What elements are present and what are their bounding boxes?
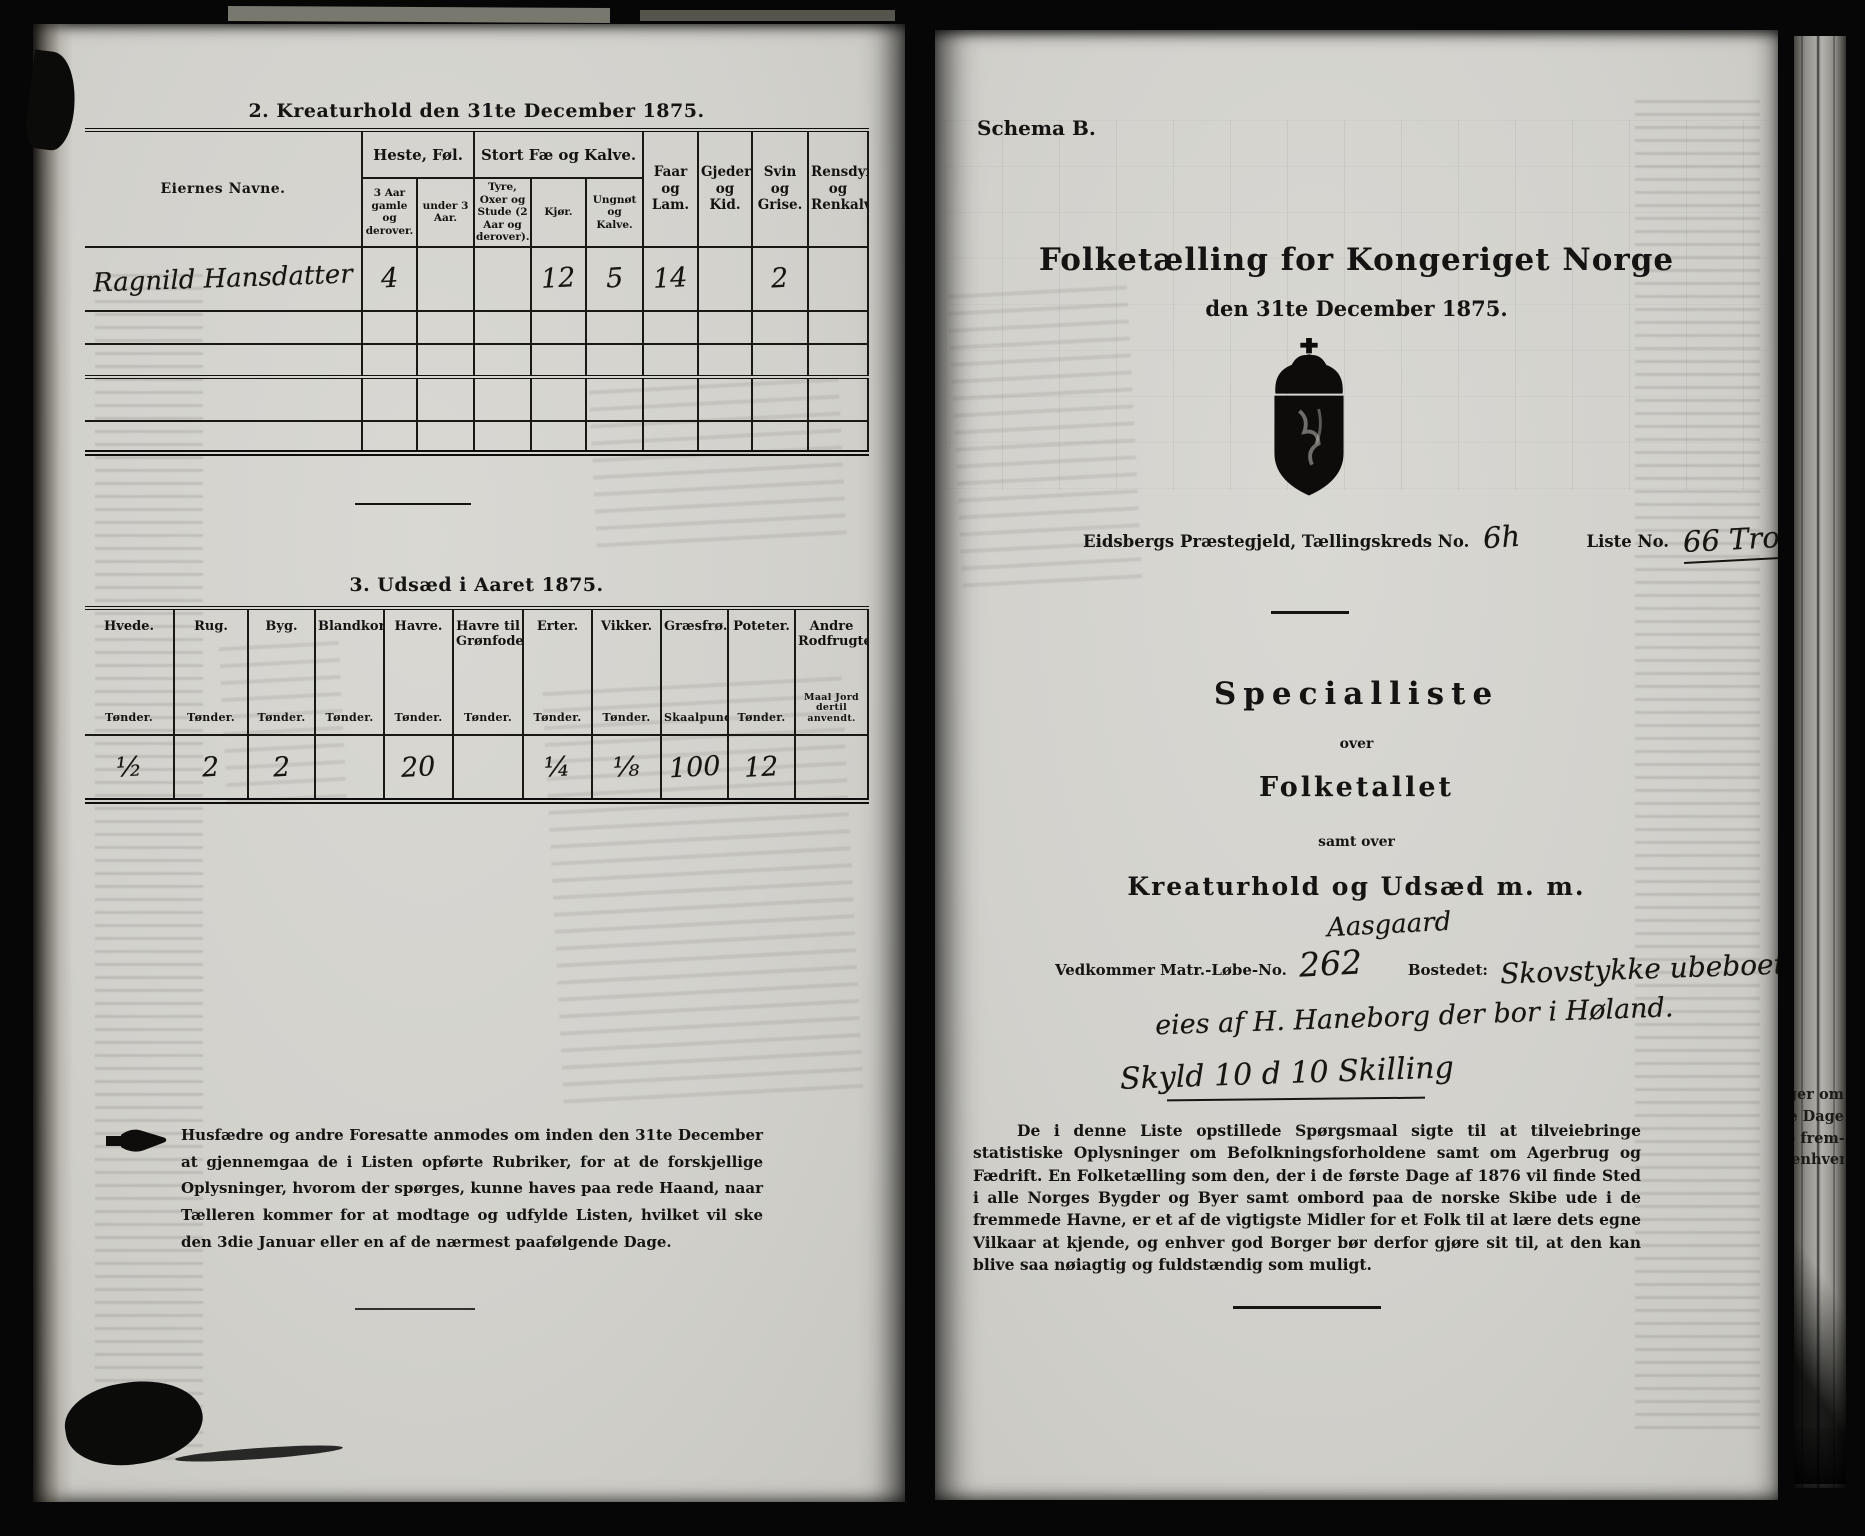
separator-rule bbox=[355, 503, 471, 505]
column-header-byg: Byg.Tønder. bbox=[248, 610, 315, 735]
sub-header-3aar: 3 Aar gamle og derover. bbox=[362, 178, 417, 247]
table-row: ½ 2 2 20 ¼ ⅛ 100 12 bbox=[85, 735, 868, 798]
column-header-havre: Havre.Tønder. bbox=[384, 610, 453, 735]
column-header-rensdyr: Rensdyr og Renkalve. bbox=[808, 132, 868, 247]
column-header-svin-grise: Svin og Grise. bbox=[752, 132, 808, 247]
right-page: Schema B. Folketælling for Kongeriget No… bbox=[935, 30, 1778, 1500]
column-header-poteter: Poteter.Tønder. bbox=[728, 610, 795, 735]
column-header-graesfroe: Græsfrø.Skaalpund. bbox=[661, 610, 728, 735]
bosted-text-handwritten: Skovstykke ubeboet og ubebygget bbox=[1499, 941, 1778, 991]
kreaturhold-table-title: 2. Kreaturhold den 31te December 1875. bbox=[85, 100, 868, 122]
property-line: Vedkommer Matr.-Løbe-No. 262 Bostedet: S… bbox=[1055, 944, 1778, 983]
sub-header-tyre-oxer: Tyre, Oxer og Stude (2 Aar og derover). bbox=[474, 178, 531, 247]
matr-prefix: Vedkommer Matr.-Løbe-No. bbox=[1055, 961, 1287, 979]
separator-rule bbox=[355, 1308, 475, 1310]
table-row bbox=[85, 344, 868, 377]
cell-value: 12 bbox=[541, 265, 577, 294]
column-header-vikker: Vikker.Tønder. bbox=[592, 610, 661, 735]
census-title: Folketælling for Kongeriget Norge bbox=[935, 242, 1778, 278]
scanned-census-document: 2. Kreaturhold den 31te December 1875. E… bbox=[0, 0, 1865, 1536]
table-row bbox=[85, 377, 868, 421]
heading-samt-over: samt over bbox=[935, 834, 1778, 850]
matr-number-handwritten: 262 bbox=[1298, 942, 1363, 984]
column-header-gjeder-kid: Gjeder og Kid. bbox=[698, 132, 752, 247]
column-header-erter: Erter.Tønder. bbox=[523, 610, 592, 735]
cell-value: ¼ bbox=[544, 753, 572, 781]
column-header-andre-rodfrugter: Andre Rodfrugter.Maal Jord dertil anvend… bbox=[795, 610, 868, 735]
liste-label: Liste No. bbox=[1586, 532, 1669, 551]
coat-of-arms bbox=[1261, 336, 1357, 508]
left-page: 2. Kreaturhold den 31te December 1875. E… bbox=[33, 24, 905, 1502]
cell-value: 2 bbox=[202, 753, 221, 781]
manicule-icon bbox=[105, 1126, 169, 1154]
cell-value: ⅛ bbox=[613, 753, 641, 781]
footnote-text: Husfædre og andre Foresatte anmodes om i… bbox=[181, 1122, 763, 1255]
bosted-label: Bostedet: bbox=[1408, 961, 1488, 979]
sub-header-under3aar: under 3 Aar. bbox=[417, 178, 474, 247]
page-stack-edge: ger om te Dage de frem- g enhver bbox=[1794, 36, 1846, 1488]
table-row bbox=[85, 421, 868, 450]
owner-column-header: Eiernes Navne. bbox=[85, 132, 362, 247]
schema-label: Schema B. bbox=[977, 116, 1096, 140]
column-header-hvede: Hvede.Tønder. bbox=[85, 610, 174, 735]
district-line: Eidsbergs Præstegjeld, Tællingskreds No.… bbox=[1083, 520, 1743, 559]
paper-edge-sliver bbox=[228, 6, 610, 23]
group-header-heste: Heste, Føl. bbox=[362, 132, 474, 178]
edge-fragment: ger om bbox=[1794, 1084, 1844, 1106]
column-header-faar-lam: Faar og Lam. bbox=[643, 132, 698, 247]
cell-value: 4 bbox=[380, 265, 399, 293]
cell-value: 20 bbox=[401, 753, 437, 782]
census-subtitle: den 31te December 1875. bbox=[935, 296, 1778, 321]
group-header-stort-fae: Stort Fæ og Kalve. bbox=[474, 132, 643, 178]
footer-paragraph: De i denne Liste opstillede Spørgsmaal s… bbox=[973, 1120, 1641, 1276]
cell-value: 14 bbox=[653, 265, 689, 294]
table-row bbox=[85, 311, 868, 344]
liste-number-handwritten: 66 Tromborg bbox=[1682, 515, 1778, 564]
separator-rule bbox=[1271, 611, 1349, 614]
edge-fragment: te Dage bbox=[1794, 1106, 1844, 1128]
cell-value: 12 bbox=[744, 753, 780, 782]
kreaturhold-table: Eiernes Navne. Heste, Føl. Stort Fæ og K… bbox=[85, 128, 869, 456]
column-header-blandkorn: Blandkorn.Tønder. bbox=[315, 610, 384, 735]
district-prefix: Eidsbergs Præstegjeld, Tællingskreds No. bbox=[1083, 532, 1469, 551]
edge-bottom-shadow bbox=[1794, 1428, 1846, 1488]
heading-kreaturhold: Kreaturhold og Udsæd m. m. bbox=[935, 872, 1778, 901]
heading-folketallet: Folketallet bbox=[935, 772, 1778, 803]
udsaed-table-title: 3. Udsæd i Aaret 1875. bbox=[85, 574, 868, 596]
district-number-handwritten: 6h bbox=[1482, 519, 1521, 556]
edge-fragment: de frem- bbox=[1794, 1128, 1844, 1150]
column-header-havre-groenfoder: Havre til Grønfoder.Tønder. bbox=[453, 610, 523, 735]
owner-name-handwritten: Ragnild Hansdatter bbox=[93, 259, 354, 298]
cell-value: 5 bbox=[605, 265, 624, 293]
sub-header-ungnoet: Ungnøt og Kalve. bbox=[586, 178, 643, 247]
column-header-rug: Rug.Tønder. bbox=[174, 610, 248, 735]
torn-corner bbox=[23, 50, 81, 153]
udsaed-table: Hvede.Tønder. Rug.Tønder. Byg.Tønder. Bl… bbox=[85, 606, 869, 804]
paper-edge-sliver bbox=[640, 10, 895, 21]
heading-specialliste: Specialliste bbox=[935, 676, 1778, 712]
cell-value: 100 bbox=[668, 752, 721, 782]
cell-value: 2 bbox=[272, 753, 291, 781]
farm-name-handwritten: Aasgaard bbox=[1326, 907, 1452, 943]
cell-value: ½ bbox=[115, 753, 143, 781]
skyld-line-handwritten: Skyld 10 d 10 Skilling bbox=[1119, 1050, 1454, 1097]
owner-line-handwritten: eies af H. Haneborg der bor i Høland. bbox=[1155, 994, 1636, 1042]
separator-rule bbox=[1233, 1306, 1381, 1309]
table-row: Ragnild Hansdatter 4 12 5 14 2 bbox=[85, 247, 868, 311]
handwritten-underline bbox=[1167, 1097, 1425, 1102]
heading-over: over bbox=[935, 736, 1778, 752]
sub-header-kjoer: Kjør. bbox=[531, 178, 586, 247]
cell-value: 2 bbox=[771, 265, 790, 293]
